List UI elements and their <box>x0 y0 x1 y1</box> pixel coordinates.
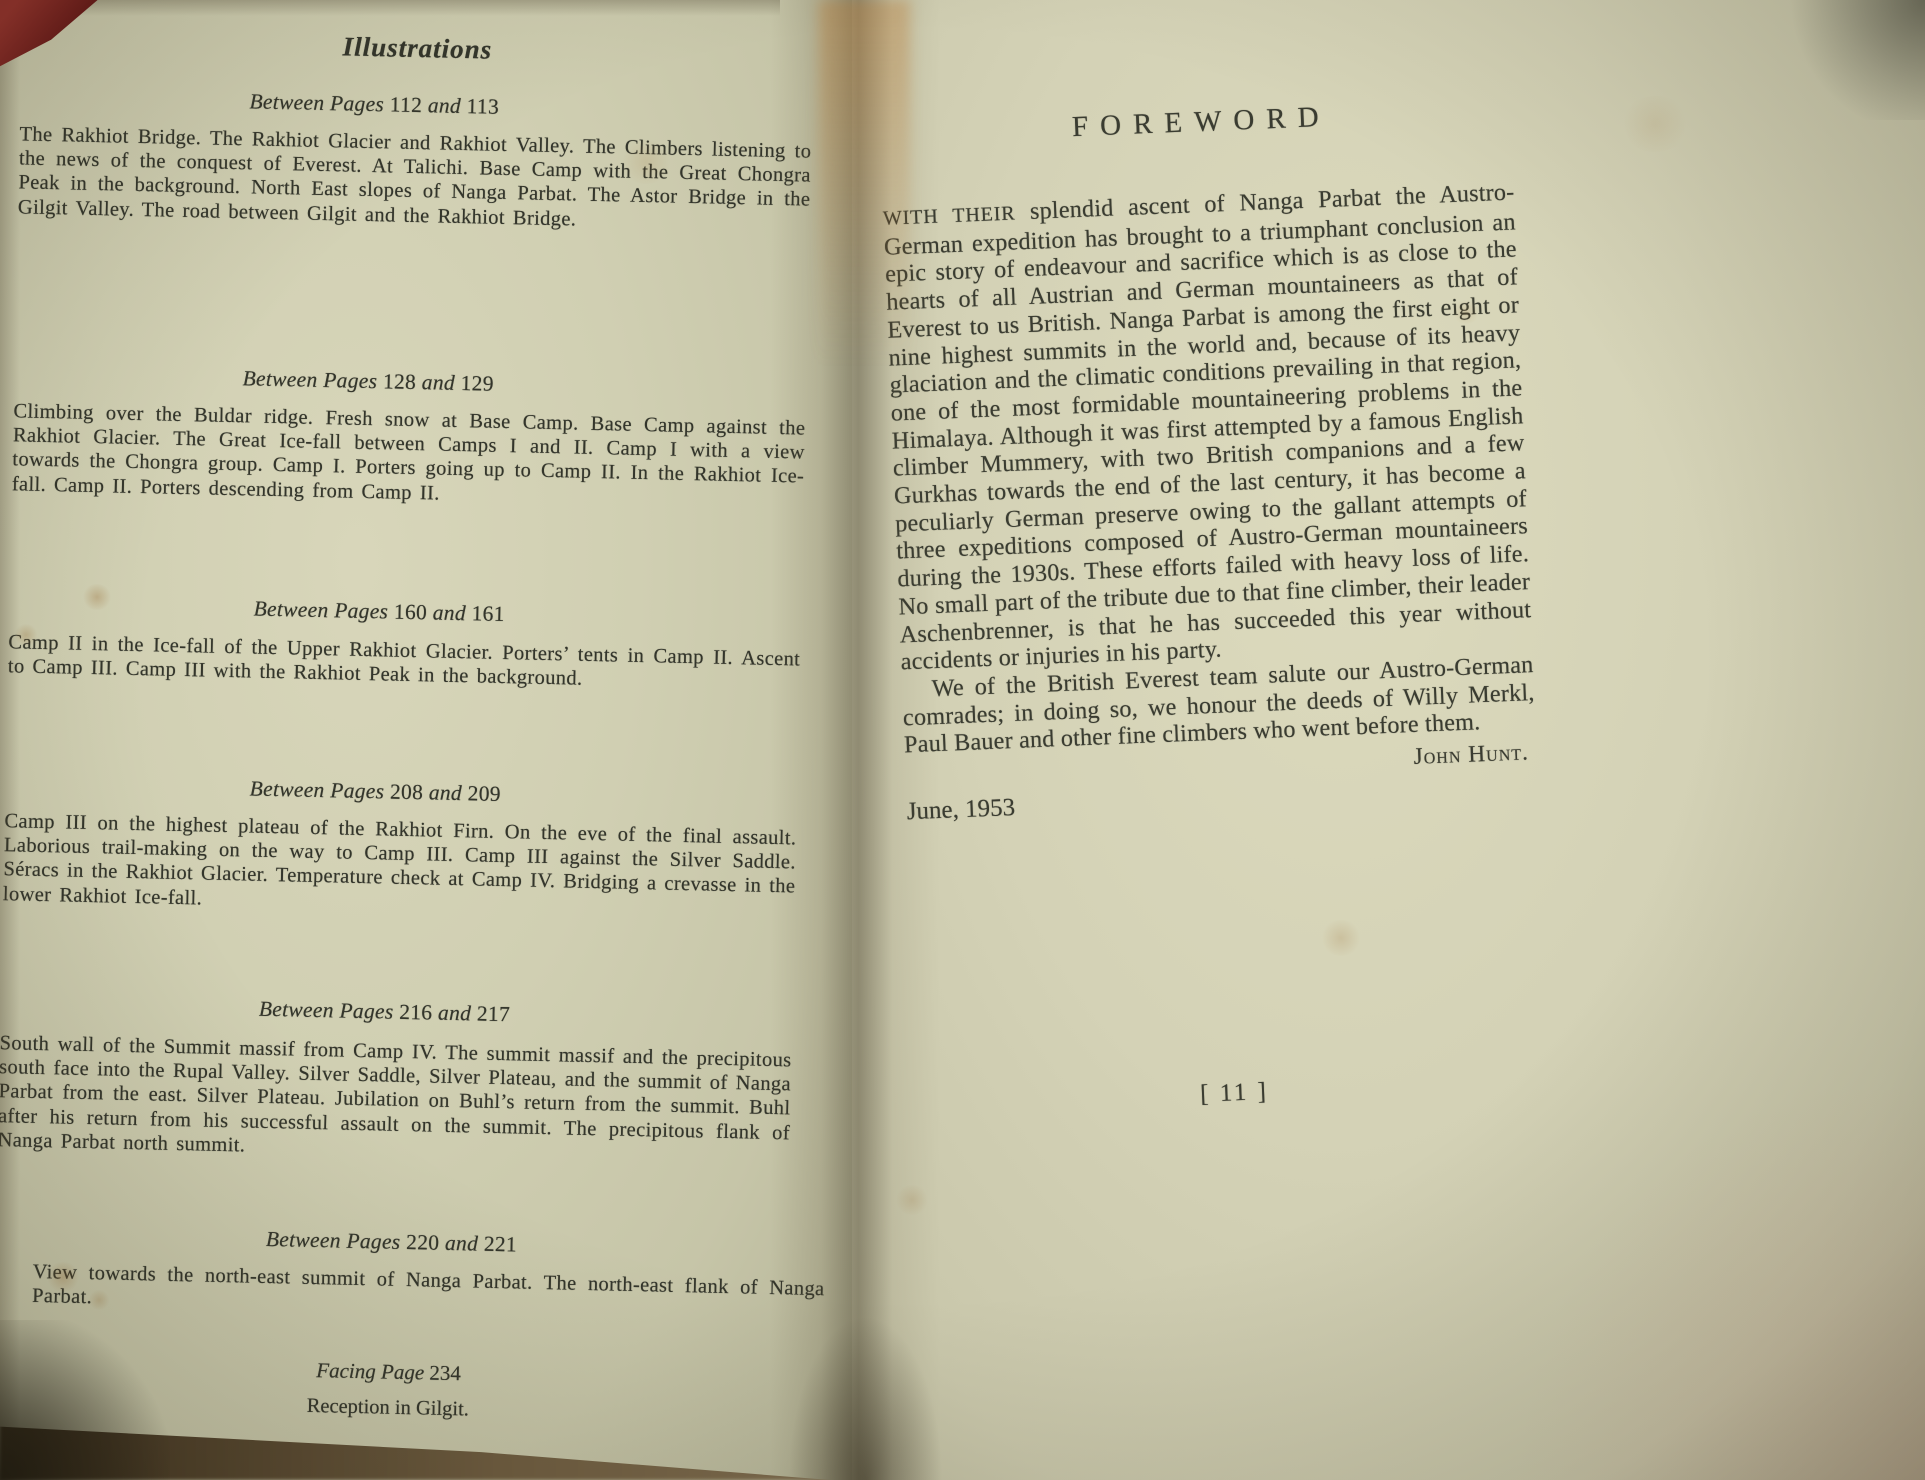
section-heading-5: Between Pages 216 and 217 <box>0 991 781 1033</box>
heading-prefix: Between Pages <box>266 1227 401 1254</box>
section-heading-4: Between Pages 208 and 209 <box>0 771 771 813</box>
heading-page-from: 220 <box>406 1230 440 1255</box>
section-body-5: South wall of the Summit massif from Cam… <box>0 1031 792 1169</box>
foreword-body: WITH THEIR splendid ascent of Nanga Parb… <box>882 178 1536 759</box>
heading-page-from: 112 <box>390 92 423 117</box>
left-page: Illustrations Between Pages 112 and 113 … <box>0 0 852 1480</box>
heading-page-from: 128 <box>383 369 417 394</box>
section-body-1: The Rakhiot Bridge. The Rakhiot Glacier … <box>18 122 812 236</box>
heading-prefix: Between Pages <box>249 89 384 116</box>
heading-page-to: 113 <box>466 94 499 119</box>
heading-conjunction: and <box>422 370 456 395</box>
facing-prefix: Facing Page <box>316 1358 424 1384</box>
heading-prefix: Between Pages <box>259 997 394 1024</box>
foreword-title: FOREWORD <box>879 94 1512 152</box>
section-heading-3: Between Pages 160 and 161 <box>0 591 775 633</box>
paragraph-text: splendid ascent of Nanga Parbat the Aust… <box>884 178 1532 675</box>
foreword-date: June, 1953 <box>906 794 1015 826</box>
section-heading-2: Between Pages 128 and 129 <box>0 360 764 402</box>
heading-page-to: 209 <box>467 781 501 806</box>
heading-prefix: Between Pages <box>242 366 377 393</box>
heading-page-to: 217 <box>477 1002 511 1027</box>
illustrations-title: Illustrations <box>21 24 813 72</box>
heading-page-from: 216 <box>399 1000 433 1025</box>
paragraph-opening-small-caps: WITH THEIR <box>883 202 1016 229</box>
section-body-4: Camp III on the highest plateau of the R… <box>3 809 797 923</box>
heading-page-to: 161 <box>471 601 505 626</box>
heading-page-to: 129 <box>460 371 494 396</box>
section-heading-1: Between Pages 112 and 113 <box>0 83 770 125</box>
section-body-2: Climbing over the Buldar ridge. Fresh sn… <box>12 399 806 513</box>
book-photo: Illustrations Between Pages 112 and 113 … <box>0 0 1925 1480</box>
heading-conjunction: and <box>445 1231 479 1256</box>
heading-prefix: Between Pages <box>253 597 388 624</box>
foreword-paragraph-1: WITH THEIR splendid ascent of Nanga Parb… <box>882 178 1532 676</box>
heading-page-from: 208 <box>390 780 424 805</box>
heading-page-from: 160 <box>394 600 428 625</box>
section-body-3: Camp II in the Ice-fall of the Upper Rak… <box>8 630 801 696</box>
page-number: [ 11 ] <box>918 1067 1551 1120</box>
heading-conjunction: and <box>438 1001 472 1026</box>
heading-page-to: 221 <box>484 1232 518 1257</box>
facing-page-number: 234 <box>429 1361 461 1386</box>
section-heading-6: Between Pages 220 and 221 <box>0 1221 788 1263</box>
heading-conjunction: and <box>429 780 463 805</box>
heading-conjunction: and <box>428 93 462 118</box>
author-signature: John Hunt. <box>1413 739 1529 771</box>
heading-conjunction: and <box>433 600 467 625</box>
heading-prefix: Between Pages <box>249 777 384 804</box>
right-page-content: FOREWORD WITH THEIR splendid ascent of N… <box>878 76 1554 1200</box>
facing-page-heading: Facing Page 234 <box>0 1351 785 1393</box>
section-body-6: View towards the north-east summit of Na… <box>0 1259 855 1326</box>
left-page-content: Illustrations Between Pages 112 and 113 … <box>0 16 814 1453</box>
facing-page-caption: Reception in Gilgit. <box>0 1388 784 1428</box>
